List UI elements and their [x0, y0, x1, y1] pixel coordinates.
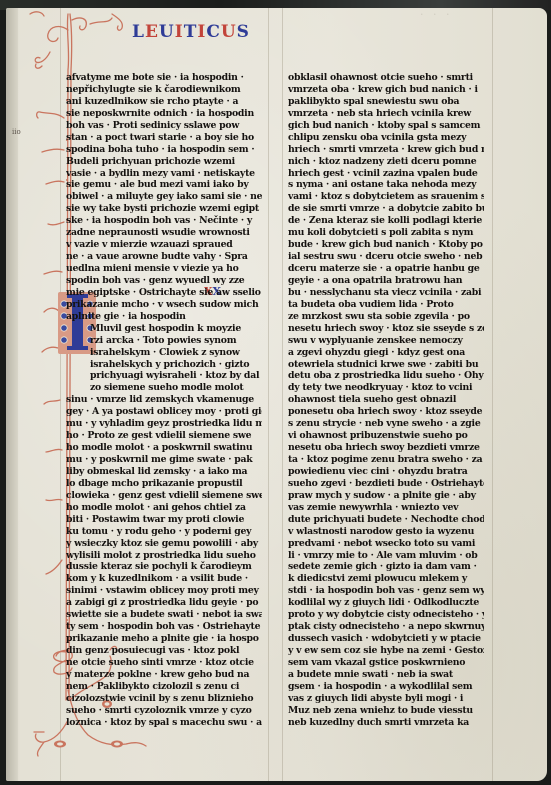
text-line: afvatyme me bote sie · ia hospodin ·	[66, 72, 262, 84]
text-line: swu v wyplyuanie zenskee nemoczy	[288, 335, 484, 347]
text-line: bude · krew gich bud nanich · Ktoby po	[288, 239, 484, 251]
title-letter: C	[206, 22, 221, 42]
text-line: biti · Postawim twar my proti clowie	[66, 514, 262, 526]
text-line: ku tomu · y rodu geho · y poderni gey	[66, 526, 262, 538]
text-line: mu · y vyhladim geyz prostriedka lidu me	[66, 418, 262, 430]
text-line: sinu · vmrze lid zemskych vkamenuge	[66, 394, 262, 406]
text-line: sie neposkwrnite odnich · ia hospodin	[66, 108, 262, 120]
text-line: ptak cisty odnecisteho · a nepo skwrnuyt…	[288, 621, 484, 633]
text-line: aplnite gie · ia hospodin	[66, 311, 262, 323]
text-line: prichyuagi wyisraheli · ktoz by dal	[66, 370, 262, 382]
text-line: ta budeta oba vudiem lida · Proto	[288, 299, 484, 311]
column-ruling-line	[268, 8, 269, 781]
text-line: v wlastnosti narodow gesto ia wyzenu	[288, 526, 484, 538]
text-line: kodlilal wy z giuych lidi · Odlkodluczte	[288, 597, 484, 609]
text-line: dussech vasich · wdobytcieti y w ptacie	[288, 633, 484, 645]
title-letter: I	[197, 22, 206, 42]
title-letter: U	[221, 22, 237, 42]
text-line: nesetu oba hriech swoy bezdieti vmrze	[288, 442, 484, 454]
text-line: wylisili molot z prostriedka lidu sueho	[66, 550, 262, 562]
binding-gutter	[6, 8, 18, 781]
text-line: ta · ktoz pogime zenu bratra sweho · za	[288, 454, 484, 466]
text-line: nich · ktoz nadzeny zieti dceru pomne	[288, 156, 484, 168]
text-line: vas zemie newywrhla · wniezto vev	[288, 502, 484, 514]
text-line: cizolozstwie vcinil by s zenu bliznieho	[66, 693, 262, 705]
text-line: rzi arcka · Toto powies synom	[66, 335, 262, 347]
text-line: mu koli dobytcieti s poli zabita s nym	[288, 227, 484, 239]
text-column-right: obklasil ohawnost otcie sueho · smrtivmr…	[288, 72, 484, 729]
text-line: neb kuzedlny duch smrti vmrzeta ka	[288, 717, 484, 729]
text-line: de sie smrti vmrze · a dobytcie zabito b…	[288, 203, 484, 215]
text-line: y wsieczky ktoz sie gemu powolili · aby	[66, 538, 262, 550]
text-line: stdi · ia hospodin boh vas · genz sem wy	[288, 585, 484, 597]
text-line: vi ohawnost pribuzenstwie sueho po	[288, 430, 484, 442]
running-title: LEUITICUS	[132, 22, 250, 42]
text-line: kom y k kuzedlnikom · a vsilit bude ·	[66, 573, 262, 585]
text-line: hriech · smrti vmrzeta · krew gich bud n…	[288, 144, 484, 156]
text-column-left: afvatyme me bote sie · ia hospodin ·nepř…	[66, 72, 262, 729]
text-line: powiedienu viec cini · ohyzdu bratra	[288, 466, 484, 478]
text-line: stan · a poct twari starie · a boy sie h…	[66, 132, 262, 144]
text-line: clowieka · genz gest vdielil siemene swe	[66, 490, 262, 502]
text-line: prikazanie meho a plnite gie · ia hospo	[66, 633, 262, 645]
text-line: paklibykto spal snewiestu swu oba	[288, 96, 484, 108]
text-line: sueho · smrti cyzoloznik vmrze y cyzo	[66, 705, 262, 717]
text-line: sueho zgevi · bezdieti bude · Ostriehayt…	[288, 478, 484, 490]
text-line: liby obmeskal lid zemsky · a iako ma	[66, 466, 262, 478]
text-line: mu · y poskwrnil me gime swate · pak	[66, 454, 262, 466]
text-line: geyie · a ona opatrila bratrowu han	[288, 275, 484, 287]
text-line: predvami · nebot wsecko toto su vami	[288, 538, 484, 550]
text-line: ty sem · hospodin boh vas · Ostriehayte	[66, 621, 262, 633]
text-line: nepřichylugte sie k čarodiewnikom	[66, 84, 262, 96]
text-line: sedete zemie gich · gizto ia dam vam ·	[288, 561, 484, 573]
text-line: ze mrzkost swu sta sobie zgevila · po	[288, 311, 484, 323]
text-line: y materze poklne · krew geho bud na	[66, 669, 262, 681]
text-line: boh vas · Proti sedinicy sslawe pow	[66, 120, 262, 132]
text-line: zadne nepraunosti wsudie wrownosti	[66, 227, 262, 239]
title-letter: I	[175, 22, 184, 42]
text-line: hriech gest · vcinil zazina vpalen bude	[288, 168, 484, 180]
text-line: vmrzeta · neb sta hriech vcinila krew	[288, 108, 484, 120]
text-line: dussie kteraz sie pochyli k čarodieym	[66, 561, 262, 573]
title-letter: E	[145, 22, 159, 42]
text-line: k diedicstvi zemi plowucu mlekem y	[288, 573, 484, 585]
text-line: Muz neb zena wniehz to bude viesstu	[288, 705, 484, 717]
text-line: israhelskym · Clowiek z synow	[66, 347, 262, 359]
text-line: li · vmrzy mie to · Ale vam mluvim · ob	[288, 550, 484, 562]
text-line: zo siemene sueho modle molot	[66, 382, 262, 394]
text-line: gey · A ya postawi oblicey moy · proti g…	[66, 406, 262, 418]
text-line: proto y wy dobytcie cisty odnecisteho · …	[288, 609, 484, 621]
title-letter: L	[132, 22, 145, 42]
text-line: otewriela studnici krwe swe · zabiti bu	[288, 359, 484, 371]
text-line: dceru materze sie · a opatrie hanbu ge	[288, 263, 484, 275]
text-line: gsem · ia hospodin · a wykodlilal sem	[288, 681, 484, 693]
column-ruling-line	[60, 8, 61, 781]
column-ruling-line	[492, 8, 493, 781]
text-line: v vazie v mierzie wzauazi spraued	[66, 239, 262, 251]
text-line: dy tety twe neodkryuay · ktoz to vcini	[288, 382, 484, 394]
text-line: ho · Proto ze gest vdielil siemene swe	[66, 430, 262, 442]
text-line: vasie · a bydlin mezy vami · netiskayte	[66, 168, 262, 180]
text-line: vami · ktoz s dobytcietem as srauenim si…	[288, 191, 484, 203]
text-line: ho modle molot · ani gehos chtiel za	[66, 502, 262, 514]
text-line: ho modle molot · a poskwrnil swatinu	[66, 442, 262, 454]
text-line: ohawnost tiela sueho gest obnazil	[288, 394, 484, 406]
text-line: gich bud nanich · ktoby spal s samcem	[288, 120, 484, 132]
text-line: din genz posuiecugi vas · ktoz pokl	[66, 645, 262, 657]
text-line: israhelskych y prichozich · gizto	[66, 359, 262, 371]
text-line: loznica · ktoz by spal s macechu swu · a	[66, 717, 262, 729]
column-ruling-line	[282, 8, 283, 781]
text-line: de · Zena kteraz sie kolli podlagi kteri…	[288, 215, 484, 227]
title-letter: S	[237, 22, 250, 42]
text-line: sie gemu · ale bud mezi vami iako by	[66, 179, 262, 191]
margin-note: iio	[12, 128, 21, 136]
text-line: Mluvil gest hospodin k moyzie	[66, 323, 262, 335]
text-line: ial sestru swu · dceru otcie sweho · neb	[288, 251, 484, 263]
title-letter: U	[159, 22, 175, 42]
text-line: sie wy take bysti prichozie wzemi egipt	[66, 203, 262, 215]
text-line: ske · ia hospodin boh vas · Nečinte · y	[66, 215, 262, 227]
text-line: s nyma · ani ostane taka nehoda mezy	[288, 179, 484, 191]
title-letter: T	[184, 22, 198, 42]
bleed-through-title: · · ·	[420, 8, 452, 21]
text-line: nesetu hriech swoy · ktoz sie sseyde s z…	[288, 323, 484, 335]
text-line: dute prichyuati budete · Nechodte chodi	[288, 514, 484, 526]
text-line: obiwel · a miluyte gey iako sami sie · n…	[66, 191, 262, 203]
text-line: sinimi · vstawim oblicey moy proti mey	[66, 585, 262, 597]
text-line: bu · nesslychanu sta viecz vcinila · zab…	[288, 287, 484, 299]
text-line: vas z giuych lidi abyste byli mogi · i	[288, 693, 484, 705]
text-line: a budete mnie swati · neb ia swat	[288, 669, 484, 681]
text-line: nem · Paklibykto cizolozil s zenu ci	[66, 681, 262, 693]
text-line: mie egiptske · Ostrichayte sie aw sselio	[66, 287, 262, 299]
text-line: obklasil ohawnost otcie sueho · smrti	[288, 72, 484, 84]
text-line: uedlna mieni mensie v viezie ya ho	[66, 263, 262, 275]
text-line: ne · a vaue arowne budte vahy · Spra	[66, 251, 262, 263]
text-line: s zenu strycie · neb vyne sweho · a zgie	[288, 418, 484, 430]
text-line: prikazanie mcho · v wsech sudow mich	[66, 299, 262, 311]
text-line: a zabigi gi z prostriedka lidu geyie · p…	[66, 597, 262, 609]
text-line: sem vam vkazal gstice poskwrnieno	[288, 657, 484, 669]
text-line: ani kuzedlnikow sie rcho ptayte · a	[66, 96, 262, 108]
text-line: a zgevi ohyzdu giegi · kdyz gest ona	[288, 347, 484, 359]
text-line: ne otcie sueho sinti vmrze · ktoz otcie	[66, 657, 262, 669]
text-line: swiette sie a budete swati · nebot ia sw…	[66, 609, 262, 621]
text-line: Budeli prichyuan prichozie wzemi	[66, 156, 262, 168]
text-line: detu oba z prostriedka lidu sueho · Ohy	[288, 370, 484, 382]
text-line: spodina boha tuho · ia hospodin sem ·	[66, 144, 262, 156]
text-line: vmrzeta oba · krew gich bud nanich · i	[288, 84, 484, 96]
text-line: lo dbage mcho prikazanie propustil	[66, 478, 262, 490]
text-line: y v ew sem coz sie hybe na zemi · Gestoz	[288, 645, 484, 657]
text-line: praw mych y sudow · a plnite gie · aby	[288, 490, 484, 502]
text-line: chlipu zensku oba vcinila gsta mezy	[288, 132, 484, 144]
text-line: ponesetu oba hriech swoy · ktoz sseyde	[288, 406, 484, 418]
text-line: spodin boh vas · genz wyuedl wy zze	[66, 275, 262, 287]
